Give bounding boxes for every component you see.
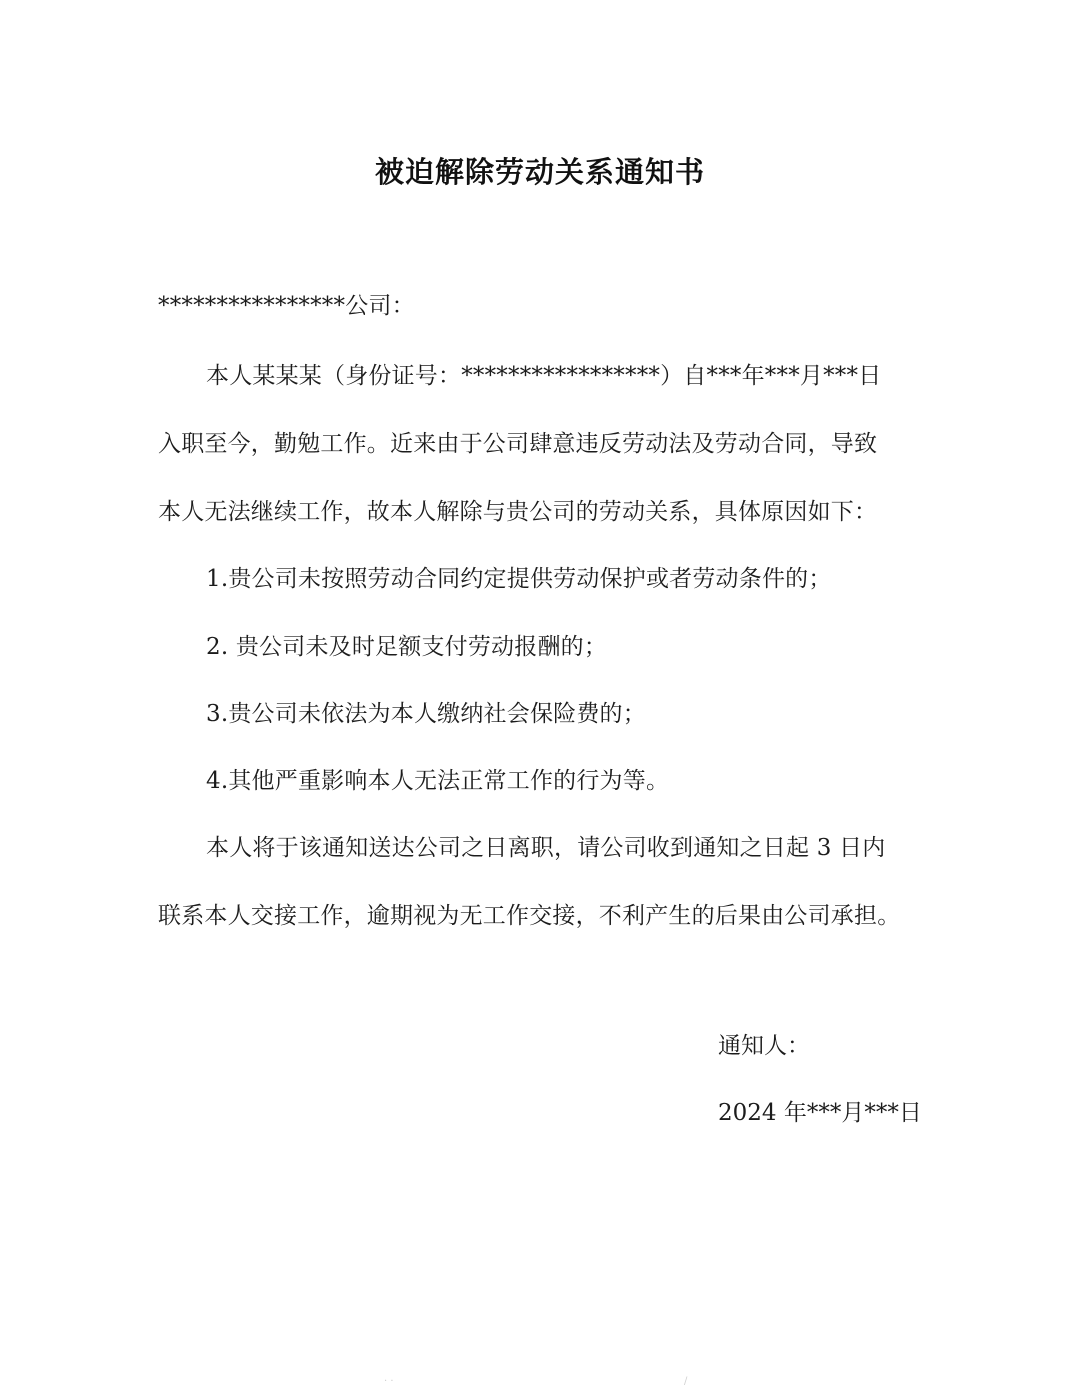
paragraph2-line2: 联系本人交接工作，逾期视为无工作交接，不利产生的后果由公司承担。 bbox=[158, 900, 928, 932]
paragraph1-line2: 入职至今，勤勉工作。近来由于公司肆意违反劳动法及劳动合同，导致 bbox=[158, 428, 928, 460]
paragraph2-line1: 本人将于该通知送达公司之日离职，请公司收到通知之日起 3 日内 bbox=[206, 832, 976, 864]
paragraph1-line1: 本人某某某（身份证号：*****************）自***年***月**… bbox=[206, 360, 976, 392]
document-title: 被迫解除劳动关系通知书 bbox=[0, 150, 1080, 191]
scan-artifact: · · bbox=[384, 1376, 394, 1387]
document-page: 被迫解除劳动关系通知书 ****************公司： 本人某某某（身份… bbox=[0, 0, 1080, 1398]
signature-date: 2024 年***月***日 bbox=[718, 1097, 922, 1129]
signature-label: 通知人： bbox=[718, 1030, 810, 1062]
reason-item-1: 1.贵公司未按照劳动合同约定提供劳动保护或者劳动条件的； bbox=[206, 563, 976, 595]
reason-item-2: 2. 贵公司未及时足额支付劳动报酬的； bbox=[206, 631, 976, 663]
scan-artifact: / bbox=[684, 1376, 687, 1387]
paragraph1-line3: 本人无法继续工作，故本人解除与贵公司的劳动关系，具体原因如下： bbox=[158, 496, 928, 528]
reason-item-4: 4.其他严重影响本人无法正常工作的行为等。 bbox=[206, 765, 976, 797]
salutation: ****************公司： bbox=[158, 290, 928, 322]
reason-item-3: 3.贵公司未依法为本人缴纳社会保险费的； bbox=[206, 698, 976, 730]
